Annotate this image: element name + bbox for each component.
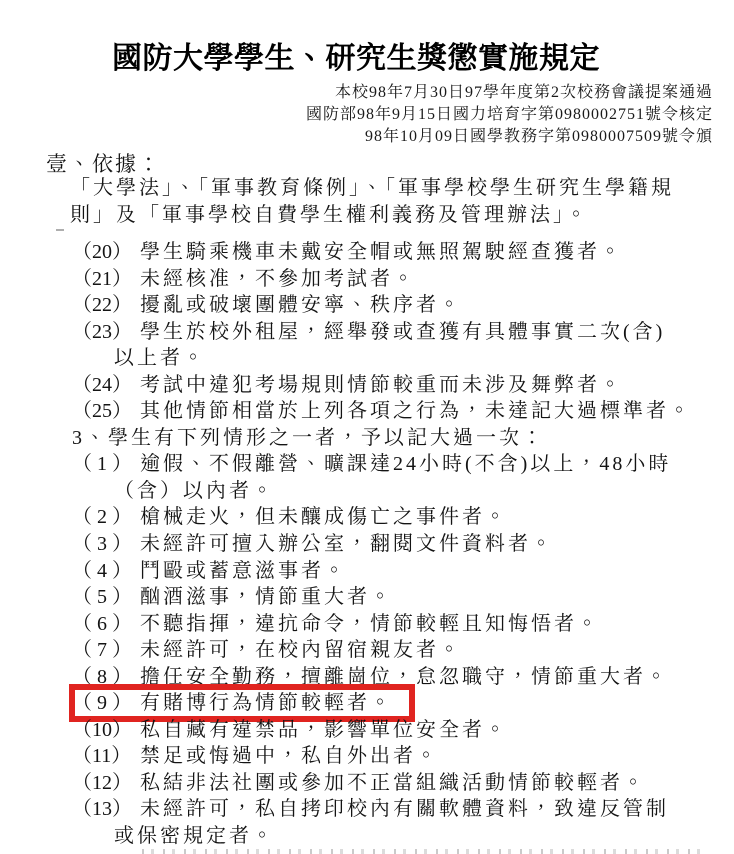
item-text: 禁足或悔過中，私自外出者。 [140,745,439,767]
item-first-line: （ 1 ）逾假、不假離營、曠課達24小時(不含)以上，48小時 [72,451,734,478]
item-number: （ 6 ） [72,611,140,638]
item-row: （20）學生騎乘機車未戴安全帽或無照駕駛經查獲者。 [72,239,734,266]
item-number: （13） [72,796,140,823]
item-first-line: （22）擾亂或破壞團體安寧、秩序者。 [72,292,734,319]
item-text: 不聽指揮，違抗命令，情節較輕且知悔悟者。 [140,613,600,635]
item-text: 私自藏有違禁品，影響單位安全者。 [140,719,508,741]
item-row: （ 6 ）不聽指揮，違抗命令，情節較輕且知悔悟者。 [72,611,734,638]
item-row: （24）考試中違犯考場規則情節較重而未涉及舞弊者。 [72,372,734,399]
item-text: 槍械走火，但未釀成傷亡之事件者。 [140,506,508,528]
item-text: 私結非法社團或參加不正當組織活動情節較輕者。 [140,772,646,794]
item-number: （12） [72,770,140,797]
item-row: （ 9 ）有賭博行為情節較輕者。 [72,690,734,717]
section-heading: 3、學生有下列情形之一者，予以記大過一次： [72,425,734,452]
item-text: 未經許可擅入辦公室，翻閱文件資料者。 [140,533,554,555]
item-row: （12）私結非法社團或參加不正當組織活動情節較輕者。 [72,770,734,797]
item-text: 逾假、不假離營、曠課達24小時(不含)以上，48小時 [140,453,671,475]
item-number: （23） [72,319,140,346]
item-row: （13）未經許可，私自拷印校內有關軟體資料，致違反管制或保密規定者。 [72,796,734,849]
item-number: （ 5 ） [72,584,140,611]
document-page: 國防大學學生、研究生獎懲實施規定 本校98年7月30日97學年度第2次校務會議提… [0,0,734,854]
item-first-line: （ 2 ）槍械走火，但未釀成傷亡之事件者。 [72,504,734,531]
item-number: （ 8 ） [72,664,140,691]
item-number: （21） [72,266,140,293]
item-text: 酗酒滋事，情節重大者。 [140,586,393,608]
item-row: （25）其他情節相當於上列各項之行為，未達記大過標準者。 [72,398,734,425]
item-row: （ 2 ）槍械走火，但未釀成傷亡之事件者。 [72,504,734,531]
item-row: （22）擾亂或破壞團體安寧、秩序者。 [72,292,734,319]
item-number: （ 4 ） [72,558,140,585]
item-row: （ 1 ）逾假、不假離營、曠課達24小時(不含)以上，48小時（含）以內者。 [72,451,734,504]
item-first-line: （23）學生於校外租屋，經舉發或查獲有具體事實二次(含) [72,319,734,346]
basis-line: 「大學法」、「軍事教育條例」、「軍事學校學生研究生學籍規 [70,175,674,202]
item-row: （ 7 ）未經許可，在校內留宿親友者。 [72,637,734,664]
item-row: （23）學生於校外租屋，經舉發或查獲有具體事實二次(含)以上者。 [72,319,734,372]
item-first-line: （ 7 ）未經許可，在校內留宿親友者。 [72,637,734,664]
item-first-line: （ 6 ）不聽指揮，違抗命令，情節較輕且知悔悟者。 [72,611,734,638]
item-number: （ 3 ） [72,531,140,558]
item-number: （ 2 ） [72,504,140,531]
item-first-line: （ 3 ）未經許可擅入辦公室，翻閱文件資料者。 [72,531,734,558]
item-continuation: 以上者。 [72,345,734,372]
item-number: （ 1 ） [72,451,140,478]
approval-line: 本校98年7月30日97學年度第2次校務會議提案通過 [306,82,713,104]
item-first-line: （ 5 ）酗酒滋事，情節重大者。 [72,584,734,611]
item-row: （21）未經核准，不參加考試者。 [72,266,734,293]
basis-line: 則」及「軍事學校自費學生權利義務及管理辦法」。 [70,202,674,229]
item-row: （11）禁足或悔過中，私自外出者。 [72,743,734,770]
item-number: （22） [72,292,140,319]
item-continuation: （含）以內者。 [72,478,734,505]
item-text: 未經許可，私自拷印校內有關軟體資料，致違反管制 [140,798,669,820]
item-continuation: 或保密規定者。 [72,823,734,850]
item-first-line: （10）私自藏有違禁品，影響單位安全者。 [72,717,734,744]
item-text: 擔任安全勤務，擅離崗位，怠忽職守，情節重大者。 [140,666,669,688]
approval-notes: 本校98年7月30日97學年度第2次校務會議提案通過 國防部98年9月15日國力… [306,82,713,148]
cutoff-next-line-artifact [142,849,700,854]
item-first-line: （ 8 ）擔任安全勤務，擅離崗位，怠忽職守，情節重大者。 [72,664,734,691]
item-first-line: （21）未經核准，不參加考試者。 [72,266,734,293]
item-text: 考試中違犯考場規則情節較重而未涉及舞弊者。 [140,374,623,396]
item-row: （ 8 ）擔任安全勤務，擅離崗位，怠忽職守，情節重大者。 [72,664,734,691]
item-row: （ 5 ）酗酒滋事，情節重大者。 [72,584,734,611]
item-first-line: （24）考試中違犯考場規則情節較重而未涉及舞弊者。 [72,372,734,399]
document-title: 國防大學學生、研究生獎懲實施規定 [112,42,600,76]
item-number: （10） [72,717,140,744]
item-first-line: （11）禁足或悔過中，私自外出者。 [72,743,734,770]
item-text: 其他情節相當於上列各項之行為，未達記大過標準者。 [140,400,692,422]
item-number: （ 7 ） [72,637,140,664]
scan-artifact-dash [56,229,64,231]
basis-heading: 壹、依據： [46,148,161,178]
item-number: （25） [72,398,140,425]
item-text: 學生騎乘機車未戴安全帽或無照駕駛經查獲者。 [140,241,623,263]
item-number: （24） [72,372,140,399]
item-number: （ 9 ） [72,690,140,717]
item-first-line: （20）學生騎乘機車未戴安全帽或無照駕駛經查獲者。 [72,239,734,266]
item-text: 學生於校外租屋，經舉發或查獲有具體事實二次(含) [140,321,665,343]
item-text: 擾亂或破壞團體安寧、秩序者。 [140,294,462,316]
item-text: 未經核准，不參加考試者。 [140,268,416,290]
item-text: 未經許可，在校內留宿親友者。 [140,639,462,661]
item-first-line: （ 4 ）鬥毆或蓄意滋事者。 [72,558,734,585]
item-number: （20） [72,239,140,266]
item-first-line: （13）未經許可，私自拷印校內有關軟體資料，致違反管制 [72,796,734,823]
item-first-line: （12）私結非法社團或參加不正當組織活動情節較輕者。 [72,770,734,797]
item-first-line: （25）其他情節相當於上列各項之行為，未達記大過標準者。 [72,398,734,425]
approval-line: 98年10月09日國學教務字第0980007509號令頒 [306,126,713,148]
item-text: 鬥毆或蓄意滋事者。 [140,560,347,582]
penalty-item-list: （20）學生騎乘機車未戴安全帽或無照駕駛經查獲者。（21）未經核准，不參加考試者… [0,239,734,850]
approval-line: 國防部98年9月15日國力培育字第0980002751號令核定 [306,104,713,126]
item-row: （10）私自藏有違禁品，影響單位安全者。 [72,717,734,744]
item-row: （ 4 ）鬥毆或蓄意滋事者。 [72,558,734,585]
basis-paragraph: 「大學法」、「軍事教育條例」、「軍事學校學生研究生學籍規 則」及「軍事學校自費學… [70,175,674,229]
item-row: （ 3 ）未經許可擅入辦公室，翻閱文件資料者。 [72,531,734,558]
item-number: （11） [72,743,140,770]
item-first-line: （ 9 ）有賭博行為情節較輕者。 [72,690,734,717]
item-text: 有賭博行為情節較輕者。 [140,692,393,714]
